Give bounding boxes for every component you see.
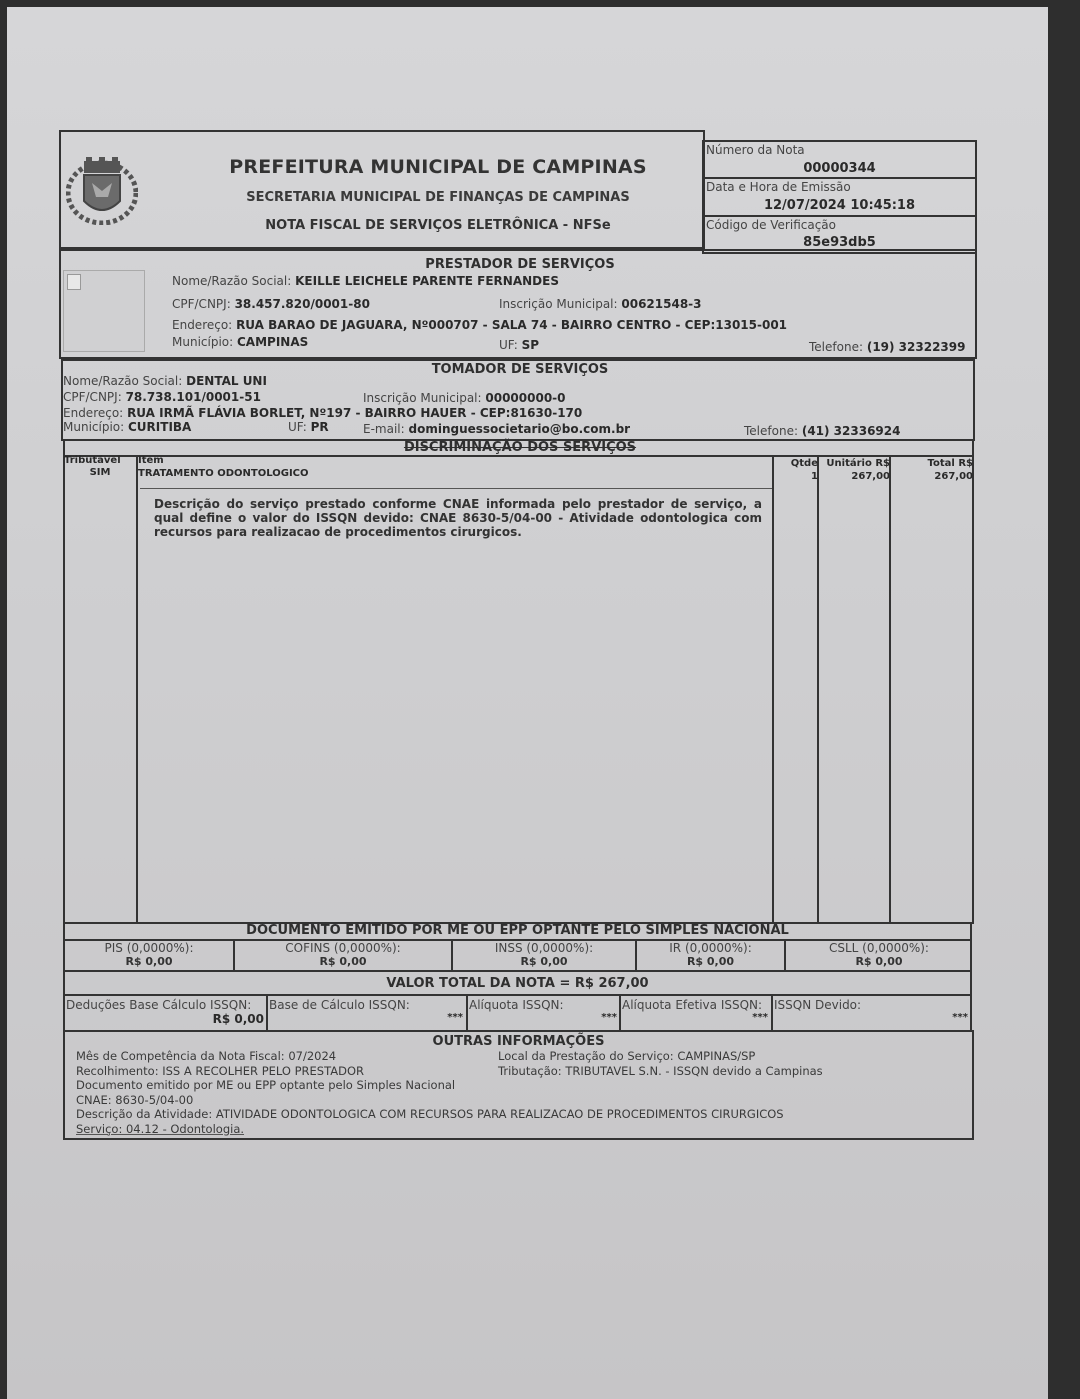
- codigo-label: Código de Verificação: [706, 218, 836, 232]
- secretaria-subtitle: SECRETARIA MUNICIPAL DE FINANÇAS DE CAMP…: [150, 190, 726, 205]
- tax-ir: IR (0,0000%): R$ 0,00: [637, 941, 784, 968]
- prestador-im: Inscrição Municipal: 00621548-3: [499, 297, 702, 311]
- issqn-devido: ISSQN Devido: ***: [774, 998, 968, 1023]
- column-divider: [136, 455, 138, 923]
- column-divider: [266, 996, 268, 1030]
- divider: [63, 455, 974, 457]
- prestador-telefone: Telefone: (19) 32322399: [809, 340, 965, 354]
- info-simples: Documento emitido por ME ou EPP optante …: [76, 1078, 956, 1093]
- column-divider: [889, 455, 891, 923]
- tax-inss: INSS (0,0000%): R$ 0,00: [453, 941, 635, 968]
- row-item: TRATAMENTO ODONTOLOGICO: [138, 468, 309, 479]
- tomador-im: Inscrição Municipal: 00000000-0: [363, 391, 566, 405]
- issqn-aliquota: Alíquota ISSQN: ***: [469, 998, 617, 1023]
- valor-total: VALOR TOTAL DA NOTA = R$ 267,00: [63, 976, 972, 991]
- codigo-value: 85e93db5: [702, 235, 977, 250]
- numero-label: Número da Nota: [706, 143, 805, 157]
- tax-pis: PIS (0,0000%): R$ 0,00: [65, 941, 233, 968]
- tomador-nome: Nome/Razão Social: DENTAL UNI: [63, 374, 267, 388]
- col-total: Total R$: [891, 458, 973, 469]
- info-tributacao: Tributação: TRIBUTAVEL S.N. - ISSQN devi…: [498, 1064, 958, 1079]
- info-descricao-atividade: Descrição da Atividade: ATIVIDADE ODONTO…: [76, 1107, 956, 1122]
- tomador-municipio: Município: CURITIBA: [63, 420, 191, 434]
- column-divider: [466, 996, 468, 1030]
- divider: [702, 177, 977, 179]
- servicos-title: DISCRIMINAÇÃO DOS SERVIÇOS: [300, 440, 740, 455]
- issqn-aliquota-efetiva: Alíquota Efetiva ISSQN: ***: [622, 998, 768, 1023]
- document-type: NOTA FISCAL DE SERVIÇOS ELETRÔNICA - NFS…: [150, 218, 726, 233]
- row-qtde: 1: [774, 471, 818, 482]
- issqn-deducoes: Deduções Base Cálculo ISSQN: R$ 0,00: [66, 998, 264, 1026]
- prestador-title: PRESTADOR DE SERVIÇOS: [300, 257, 740, 272]
- column-divider: [771, 996, 773, 1030]
- column-divider: [817, 455, 819, 923]
- info-servico: Serviço: 04.12 - Odontologia.: [76, 1122, 956, 1137]
- column-divider: [619, 996, 621, 1030]
- municipal-crest-icon: [66, 153, 138, 225]
- prestador-cnpj: CPF/CNPJ: 38.457.820/0001-80: [172, 297, 370, 311]
- tomador-telefone: Telefone: (41) 32336924: [744, 424, 900, 438]
- description-rule: [140, 488, 772, 489]
- issqn-base: Base de Cálculo ISSQN: ***: [269, 998, 463, 1023]
- tax-csll: CSLL (0,0000%): R$ 0,00: [786, 941, 972, 968]
- broken-image-icon: [63, 270, 145, 352]
- tomador-email: E-mail: dominguessocietario@bo.com.br: [363, 422, 630, 436]
- emissao-value: 12/07/2024 10:45:18: [702, 198, 977, 213]
- simples-title: DOCUMENTO EMITIDO POR ME OU EPP OPTANTE …: [63, 923, 972, 938]
- col-item: Item: [138, 455, 164, 466]
- numero-value: 00000344: [702, 161, 977, 176]
- service-description: Descrição do serviço prestado conforme C…: [154, 497, 762, 539]
- prestador-uf: UF: SP: [499, 338, 539, 352]
- prestador-municipio: Município: CAMPINAS: [172, 335, 308, 349]
- row-unitario: 267,00: [819, 471, 890, 482]
- col-tributavel: Tributável: [64, 455, 121, 466]
- tomador-uf: UF: PR: [288, 420, 329, 434]
- info-cnae: CNAE: 8630-5/04-00: [76, 1093, 956, 1108]
- prefeitura-title: PREFEITURA MUNICIPAL DE CAMPINAS: [150, 156, 726, 178]
- tomador-endereco: Endereço: RUA IRMÃ FLÁVIA BORLET, Nº197 …: [63, 406, 582, 420]
- column-divider: [772, 455, 774, 923]
- tomador-title: TOMADOR DE SERVIÇOS: [300, 362, 740, 377]
- divider: [702, 215, 977, 217]
- col-qtde: Qtde: [774, 458, 818, 469]
- emissao-label: Data e Hora de Emissão: [706, 180, 851, 194]
- outras-right: Local da Prestação do Serviço: CAMPINAS/…: [498, 1049, 958, 1078]
- tax-cofins: COFINS (0,0000%): R$ 0,00: [235, 941, 451, 968]
- prestador-nome: Nome/Razão Social: KEILLE LEICHELE PAREN…: [172, 274, 559, 288]
- col-unitario: Unitário R$: [819, 458, 890, 469]
- row-tributavel: SIM: [64, 467, 136, 478]
- tomador-cnpj: CPF/CNPJ: 78.738.101/0001-51: [63, 390, 261, 404]
- prestador-endereco: Endereço: RUA BARAO DE JAGUARA, Nº000707…: [172, 318, 787, 332]
- row-total: 267,00: [891, 471, 973, 482]
- info-local-prestacao: Local da Prestação do Serviço: CAMPINAS/…: [498, 1049, 958, 1064]
- outras-title: OUTRAS INFORMAÇÕES: [63, 1034, 974, 1049]
